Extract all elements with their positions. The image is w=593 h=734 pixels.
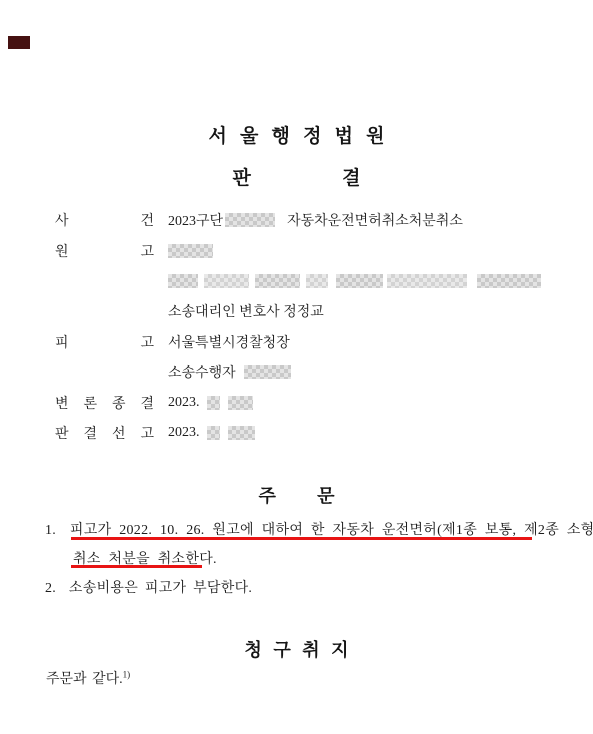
redacted-closing-month xyxy=(207,396,220,410)
order-item-1-line-1: 1. 피고가 2022. 10. 26. 원고에 대하여 한 자동차 운전면허(… xyxy=(45,519,593,539)
plaintiff-value xyxy=(168,244,213,258)
redacted-address-7 xyxy=(477,274,541,288)
sentencing-label: 판 결 선 고 xyxy=(55,423,155,443)
order-heading-text: 주 문 xyxy=(259,482,335,508)
redacted-address-1 xyxy=(168,274,198,288)
defendant-label: 피 고 xyxy=(55,332,155,352)
redacted-sentencing-day xyxy=(228,426,255,440)
redacted-sentencing-month xyxy=(207,426,220,440)
order-item-2-text: 소송비용은 피고가 부담한다. xyxy=(69,581,252,596)
closing-date: 2023. xyxy=(168,395,253,411)
footnote-reference: 1) xyxy=(123,669,131,679)
judgment-page: 서 울 행 정 법 원 판 결 사 건 2023구단 자동차운전면허취소처분취소… xyxy=(0,0,593,734)
redacted-closing-day xyxy=(228,396,253,410)
redacted-case-number xyxy=(225,213,275,227)
sentencing-date: 2023. xyxy=(168,425,255,441)
counsel-row: 소송대리인 변호사 정정교 xyxy=(55,296,575,326)
plaintiff-row: 원 고 xyxy=(55,235,575,265)
plaintiff-label: 원 고 xyxy=(55,241,155,261)
order-item-2-number: 2. xyxy=(45,581,56,596)
claim-body: 주문과 같다.1) xyxy=(46,668,130,688)
defendant-row: 피 고 서울특별시경찰청장 xyxy=(55,327,575,357)
document-type-text: 판 결 xyxy=(233,163,361,190)
case-number-row: 사 건 2023구단 자동차운전면허취소처분취소 xyxy=(55,205,575,235)
case-title: 자동차운전면허취소처분취소 xyxy=(287,210,463,230)
performer-value: 소송수행자 xyxy=(168,362,291,382)
closing-year: 2023. xyxy=(168,395,207,411)
redacted-address-4 xyxy=(306,274,328,288)
closing-label: 변 론 종 결 xyxy=(55,393,155,413)
redacted-performer-name xyxy=(244,365,291,379)
order-heading: 주 문 xyxy=(0,482,593,508)
order-item-1-text-1: 피고가 2022. 10. 26. 원고에 대하여 한 자동차 운전면허(제1종… xyxy=(70,523,593,538)
sentencing-year: 2023. xyxy=(168,425,207,441)
performer-prefix: 소송수행자 xyxy=(168,362,239,382)
court-name-text: 서 울 행 정 법 원 xyxy=(209,121,385,148)
case-info-section: 사 건 2023구단 자동차운전면허취소처분취소 원 고 xyxy=(55,205,575,448)
closing-date-row: 변 론 종 결 2023. xyxy=(55,387,575,417)
red-underline-1 xyxy=(71,537,532,540)
redaction-mark xyxy=(8,36,30,49)
case-label: 사 건 xyxy=(55,210,155,230)
plaintiff-address xyxy=(168,274,541,288)
redacted-address-5 xyxy=(336,274,383,288)
case-value: 2023구단 자동차운전면허취소처분취소 xyxy=(168,210,463,230)
order-item-1-number: 1. xyxy=(45,523,56,538)
court-name: 서 울 행 정 법 원 xyxy=(0,121,593,148)
document-type: 판 결 xyxy=(0,163,593,190)
red-underline-2 xyxy=(71,565,202,568)
redacted-plaintiff-name xyxy=(168,244,213,258)
claim-heading: 청 구 취 지 xyxy=(0,636,593,662)
case-number-prefix: 2023구단 xyxy=(168,210,223,230)
claim-heading-text: 청 구 취 지 xyxy=(245,636,349,662)
claim-body-text: 주문과 같다. xyxy=(46,672,123,687)
counsel-text: 소송대리인 변호사 정정교 xyxy=(168,301,324,321)
plaintiff-address-row xyxy=(55,266,575,296)
redacted-address-3 xyxy=(255,274,300,288)
defendant-value: 서울특별시경찰청장 xyxy=(168,332,290,352)
redacted-address-6 xyxy=(387,274,467,288)
order-item-2: 2. 소송비용은 피고가 부담한다. xyxy=(45,577,252,597)
performer-row: 소송수행자 xyxy=(55,357,575,387)
sentencing-date-row: 판 결 선 고 2023. xyxy=(55,418,575,448)
redacted-address-2 xyxy=(204,274,249,288)
